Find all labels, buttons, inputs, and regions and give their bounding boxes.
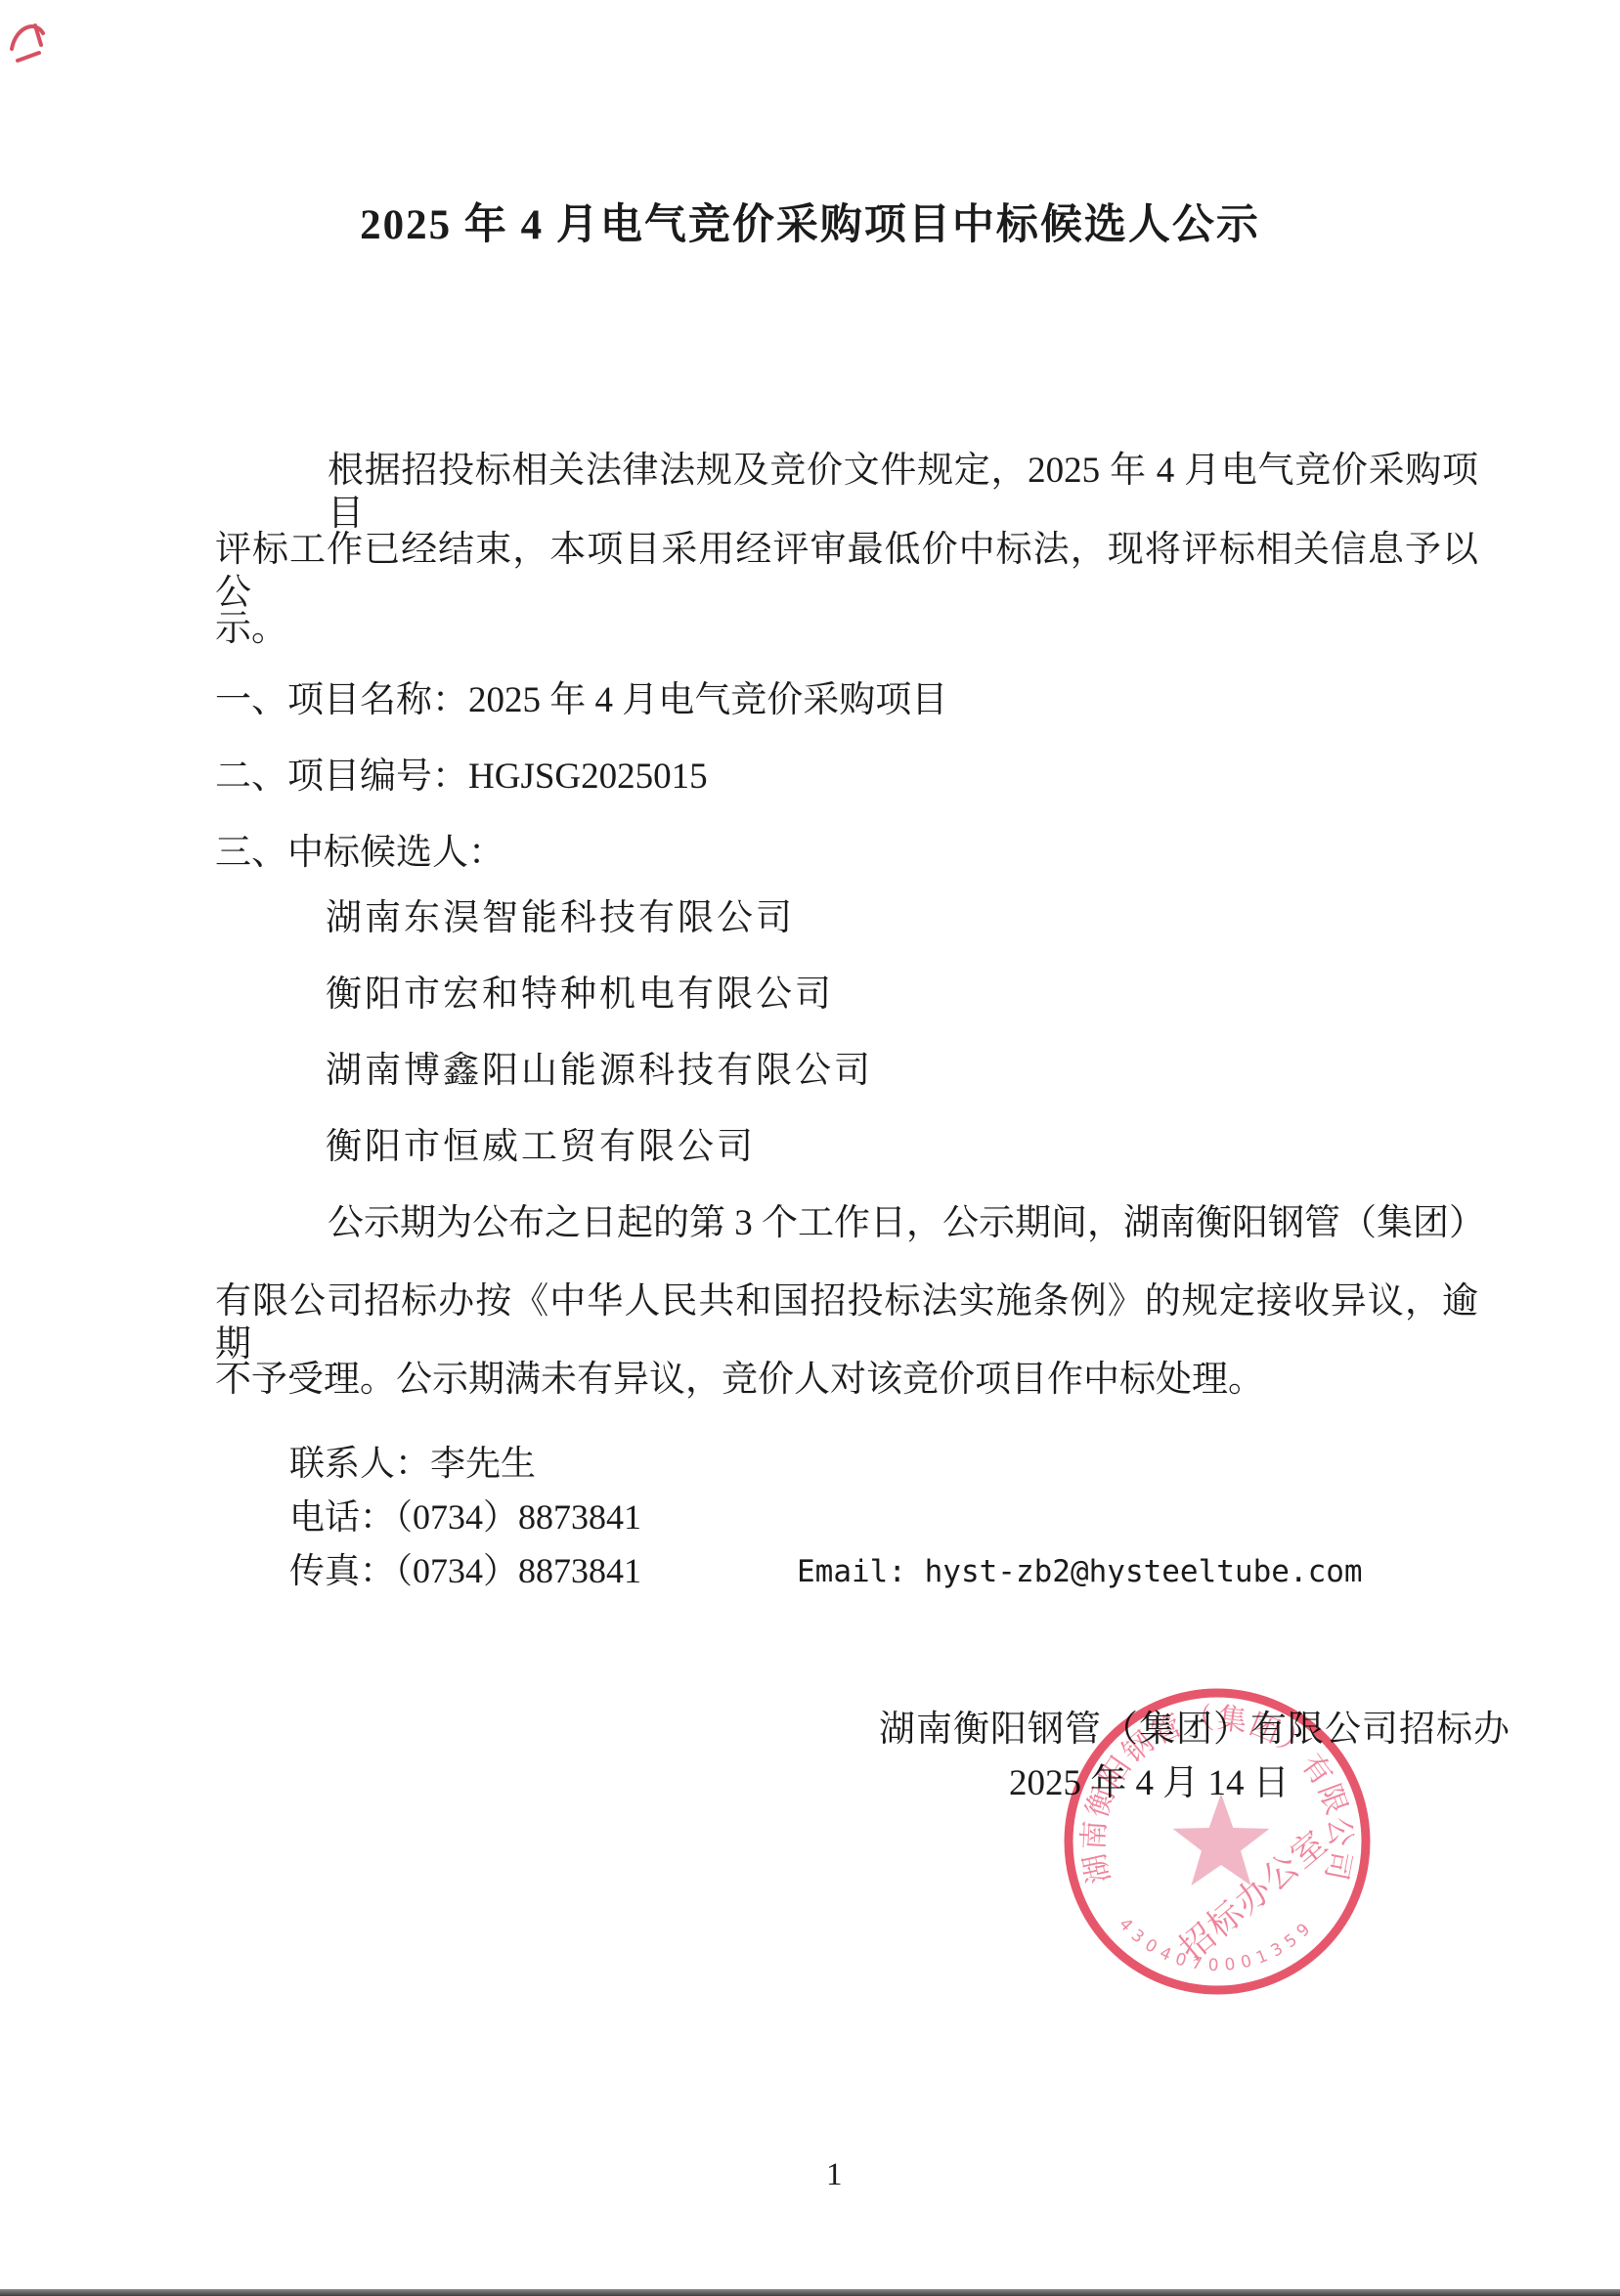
official-red-stamp: 湖南衡阳钢管（集团）有限公司 招标办公室 4304070001359 — [1036, 1662, 1408, 2033]
item-project-number: 二、项目编号：HGJSG2025015 — [215, 756, 708, 799]
candidate-company-4: 衡阳市恒威工贸有限公司 — [326, 1126, 756, 1169]
page-title: 2025 年 4 月电气竞价采购项目中标候选人公示 — [0, 201, 1620, 251]
notice-line-1: 公示期为公布之日起的第 3 个工作日，公示期间，湖南衡阳钢管（集团） — [328, 1202, 1478, 1245]
document-page: 2025 年 4 月电气竞价采购项目中标候选人公示 根据招投标相关法律法规及竞价… — [0, 0, 1620, 2296]
item-candidates-heading: 三、中标候选人： — [215, 832, 504, 875]
contact-email: Email: hyst-zb2@hysteeltube.com — [797, 1554, 1363, 1590]
candidate-company-2: 衡阳市宏和特种机电有限公司 — [326, 974, 834, 1017]
bottom-scan-edge — [0, 2289, 1620, 2296]
contact-fax: 传真：（0734）8873841 — [289, 1550, 641, 1591]
contact-person: 联系人：李先生 — [289, 1443, 536, 1484]
notice-line-2: 有限公司招标办按《中华人民共和国招投标法实施条例》的规定接收异议，逾期 — [215, 1280, 1478, 1365]
item-project-name: 一、项目名称：2025 年 4 月电气竞价采购项目 — [215, 679, 947, 722]
intro-line-2: 评标工作已经结束，本项目采用经评审最低价中标法，现将评标相关信息予以公 — [215, 529, 1478, 614]
candidate-company-3: 湖南博鑫阳山能源科技有限公司 — [326, 1050, 873, 1093]
contact-phone: 电话：（0734）8873841 — [289, 1496, 641, 1538]
intro-line-1: 根据招投标相关法律法规及竞价文件规定，2025 年 4 月电气竞价采购项目 — [328, 450, 1478, 535]
candidate-company-1: 湖南东淏智能科技有限公司 — [326, 897, 795, 940]
red-corner-scan-artifact — [2, 8, 63, 76]
intro-line-3: 示。 — [215, 608, 287, 651]
page-number: 1 — [826, 2156, 843, 2194]
notice-line-3: 不予受理。公示期满未有异议，竞价人对该竞价项目作中标处理。 — [215, 1359, 1264, 1402]
